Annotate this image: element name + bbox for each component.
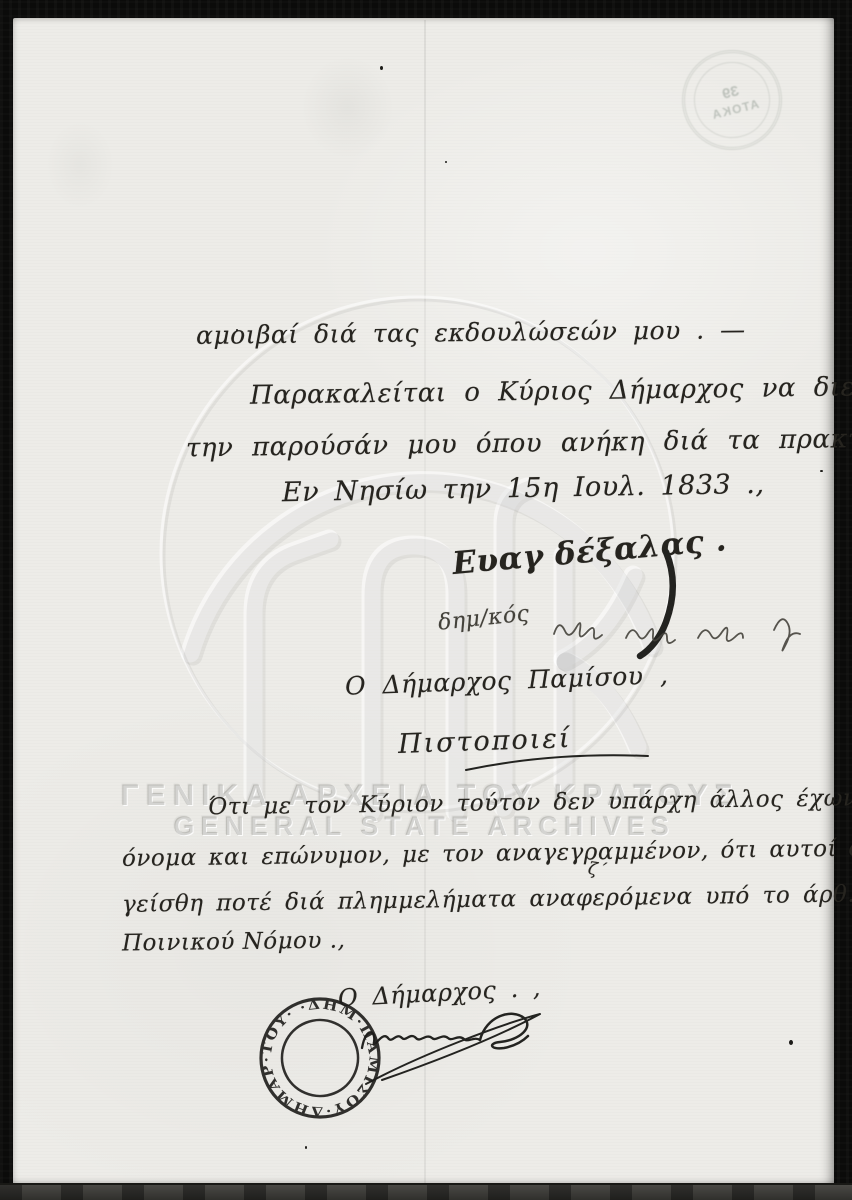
scanned-document-page: ΓΕΝΙΚΑ ΑΡΧΕΙΑ ΤΟΥ ΚΡΑΤΟΥΣ GENERAL STATE …	[0, 0, 852, 1200]
ink-speck	[236, 329, 238, 331]
ink-bleed-smudge	[45, 120, 115, 210]
scanner-bottom-band	[0, 1183, 852, 1200]
certificate-line-4: Ποινικού Νόμου .,	[122, 927, 346, 956]
ink-speck	[445, 161, 447, 163]
letter-line-1: αμοιβαί διά τας εκδουλώσεών μου . —	[196, 315, 746, 350]
insertion-mark: ζ΄	[587, 859, 608, 881]
ink-bleed-smudge	[300, 55, 395, 160]
ink-speck	[305, 1146, 307, 1149]
clerk-notation-scribble	[548, 604, 818, 652]
ink-speck	[789, 1040, 793, 1045]
certify-underline-flourish	[462, 750, 652, 776]
ink-speck	[820, 470, 823, 472]
ink-speck	[380, 66, 383, 70]
